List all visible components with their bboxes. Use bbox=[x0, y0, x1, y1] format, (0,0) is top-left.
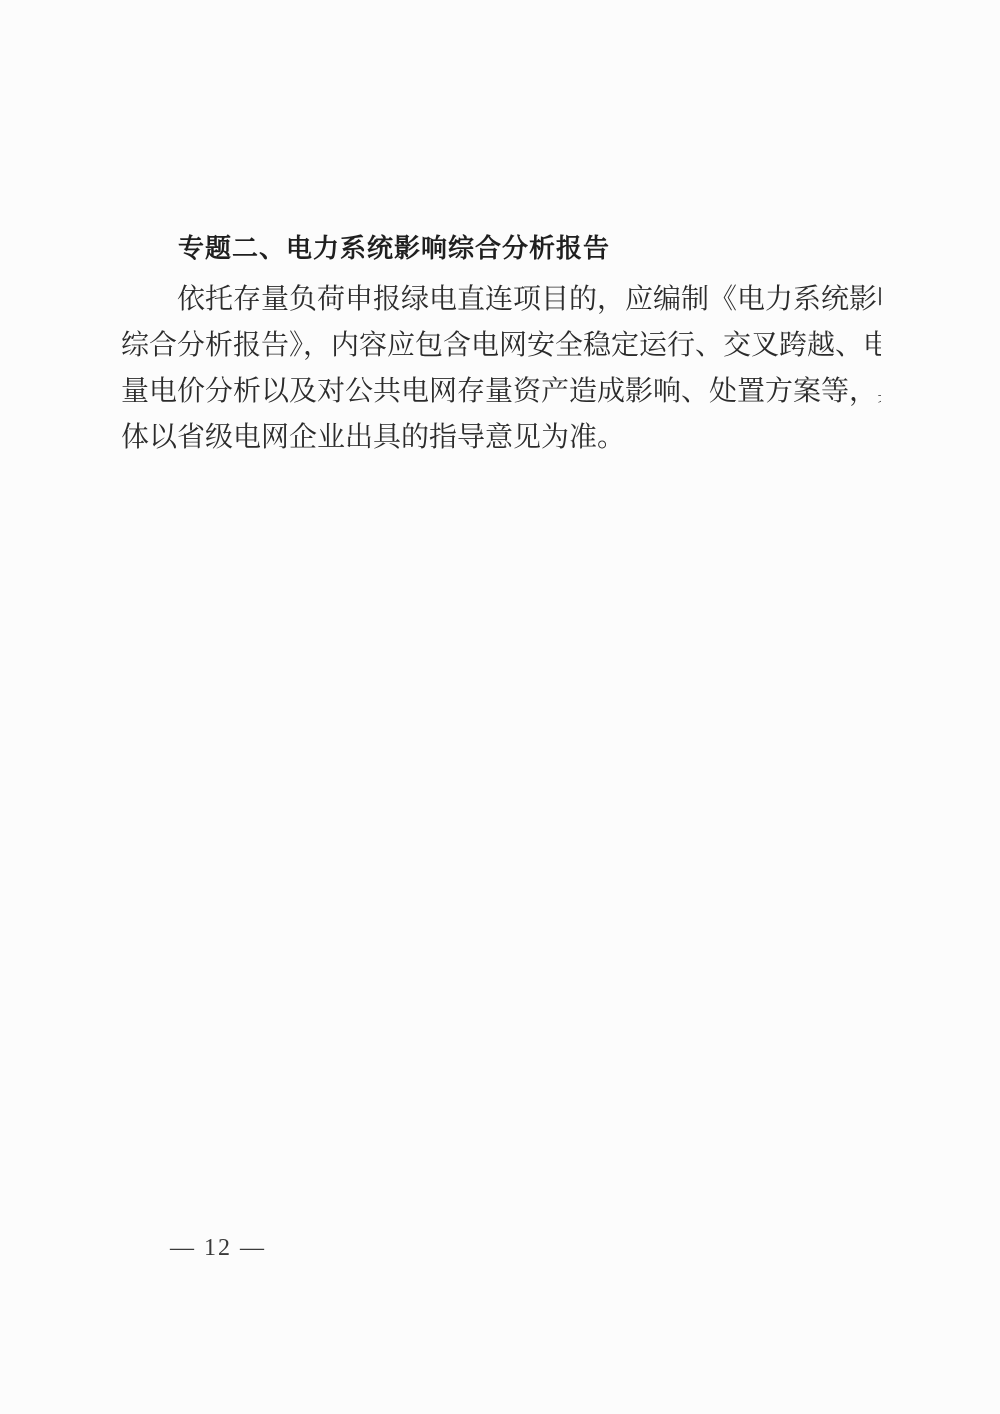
paragraph-line: 体以省级电网企业出具的指导意见为准。 bbox=[121, 415, 881, 461]
document-page: 专题二、电力系统影响综合分析报告 依托存量负荷申报绿电直连项目的，应编制《电力系… bbox=[0, 0, 1000, 1414]
paragraph-line: 综合分析报告》，内容应包含电网安全稳定运行、交叉跨越、电 bbox=[121, 323, 881, 369]
paragraph-line: 量电价分析以及对公共电网存量资产造成影响、处置方案等，具 bbox=[121, 369, 881, 415]
body-paragraph: 依托存量负荷申报绿电直连项目的，应编制《电力系统影响 综合分析报告》，内容应包含… bbox=[121, 277, 881, 461]
paragraph-line: 依托存量负荷申报绿电直连项目的，应编制《电力系统影响 bbox=[121, 277, 881, 323]
section-heading: 专题二、电力系统影响综合分析报告 bbox=[178, 233, 610, 264]
page-number: — 12 — bbox=[170, 1234, 266, 1262]
